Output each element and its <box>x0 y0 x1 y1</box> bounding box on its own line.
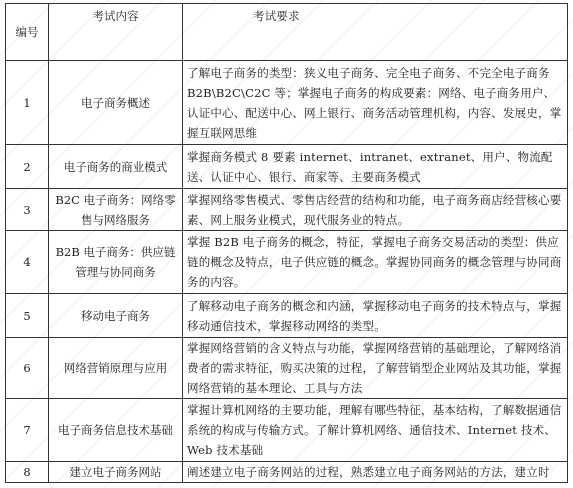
row-requirement: 了解移动电子商务的概念和内涵，掌握移动电子商务的技术特点与，掌握移动通信技术，掌… <box>183 294 568 338</box>
row-requirement: 掌握计算机网络的主要功能，理解有哪些特征，基本结构，了解数据通信系统的构成与传输… <box>183 399 568 462</box>
row-content: 网络营销原理与应用 <box>49 338 183 399</box>
row-content: 电子商务信息技术基础 <box>49 399 183 462</box>
row-requirement: 掌握网络零售模式、零售店经营的结构和功能，电子商务商店经营核心要素、网上服务业模… <box>183 189 568 231</box>
row-requirement: 掌握网络营销的含义特点与功能，掌握网络营销的基础理论，了解网络消费者的需求特征，… <box>183 338 568 399</box>
table-row: 1 电子商务概述 了解电子商务的类型：狭义电子商务、完全电子商务、不完全电子商务… <box>6 61 568 145</box>
row-content: 建立电子商务网站 <box>49 462 183 483</box>
header-exam-requirement: 考试要求 <box>183 4 568 61</box>
table-row: 6 网络营销原理与应用 掌握网络营销的含义特点与功能，掌握网络营销的基础理论，了… <box>6 338 568 399</box>
header-number: 编号 <box>6 4 49 61</box>
row-content: B2C 电子商务：网络零售与网络服务 <box>49 189 183 231</box>
row-number: 8 <box>6 462 49 483</box>
row-requirement: 掌握商务模式 8 要素 internet、intranet、extranet、用… <box>183 145 568 189</box>
table-row: 8 建立电子商务网站 阐述建立电子商务网站的过程，熟悉建立电子商务网站的方法，建… <box>6 462 568 483</box>
header-exam-content: 考试内容 <box>49 4 183 61</box>
row-number: 3 <box>6 189 49 231</box>
table-row: 7 电子商务信息技术基础 掌握计算机网络的主要功能，理解有哪些特征，基本结构，了… <box>6 399 568 462</box>
row-requirement: 掌握 B2B 电子商务的概念，特征，掌握电子商务交易活动的类型：供应链的概念及特… <box>183 231 568 294</box>
table-row: 3 B2C 电子商务：网络零售与网络服务 掌握网络零售模式、零售店经营的结构和功… <box>6 189 568 231</box>
row-number: 6 <box>6 338 49 399</box>
table-row: 2 电子商务的商业模式 掌握商务模式 8 要素 internet、intrane… <box>6 145 568 189</box>
table-row: 4 B2B 电子商务：供应链管理与协同商务 掌握 B2B 电子商务的概念，特征，… <box>6 231 568 294</box>
exam-syllabus-table: 编号 考试内容 考试要求 1 电子商务概述 了解电子商务的类型：狭义电子商务、完… <box>5 3 568 483</box>
row-content: 电子商务概述 <box>49 61 183 145</box>
row-content: 移动电子商务 <box>49 294 183 338</box>
row-requirement: 了解电子商务的类型：狭义电子商务、完全电子商务、不完全电子商务B2B\B2C\C… <box>183 61 568 145</box>
row-content: 电子商务的商业模式 <box>49 145 183 189</box>
row-content: B2B 电子商务：供应链管理与协同商务 <box>49 231 183 294</box>
row-number: 4 <box>6 231 49 294</box>
table-header-row: 编号 考试内容 考试要求 <box>6 4 568 61</box>
row-number: 5 <box>6 294 49 338</box>
row-number: 1 <box>6 61 49 145</box>
row-number: 7 <box>6 399 49 462</box>
row-requirement: 阐述建立电子商务网站的过程，熟悉建立电子商务网站的方法，建立时 <box>183 462 568 483</box>
row-number: 2 <box>6 145 49 189</box>
table-row: 5 移动电子商务 了解移动电子商务的概念和内涵，掌握移动电子商务的技术特点与，掌… <box>6 294 568 338</box>
